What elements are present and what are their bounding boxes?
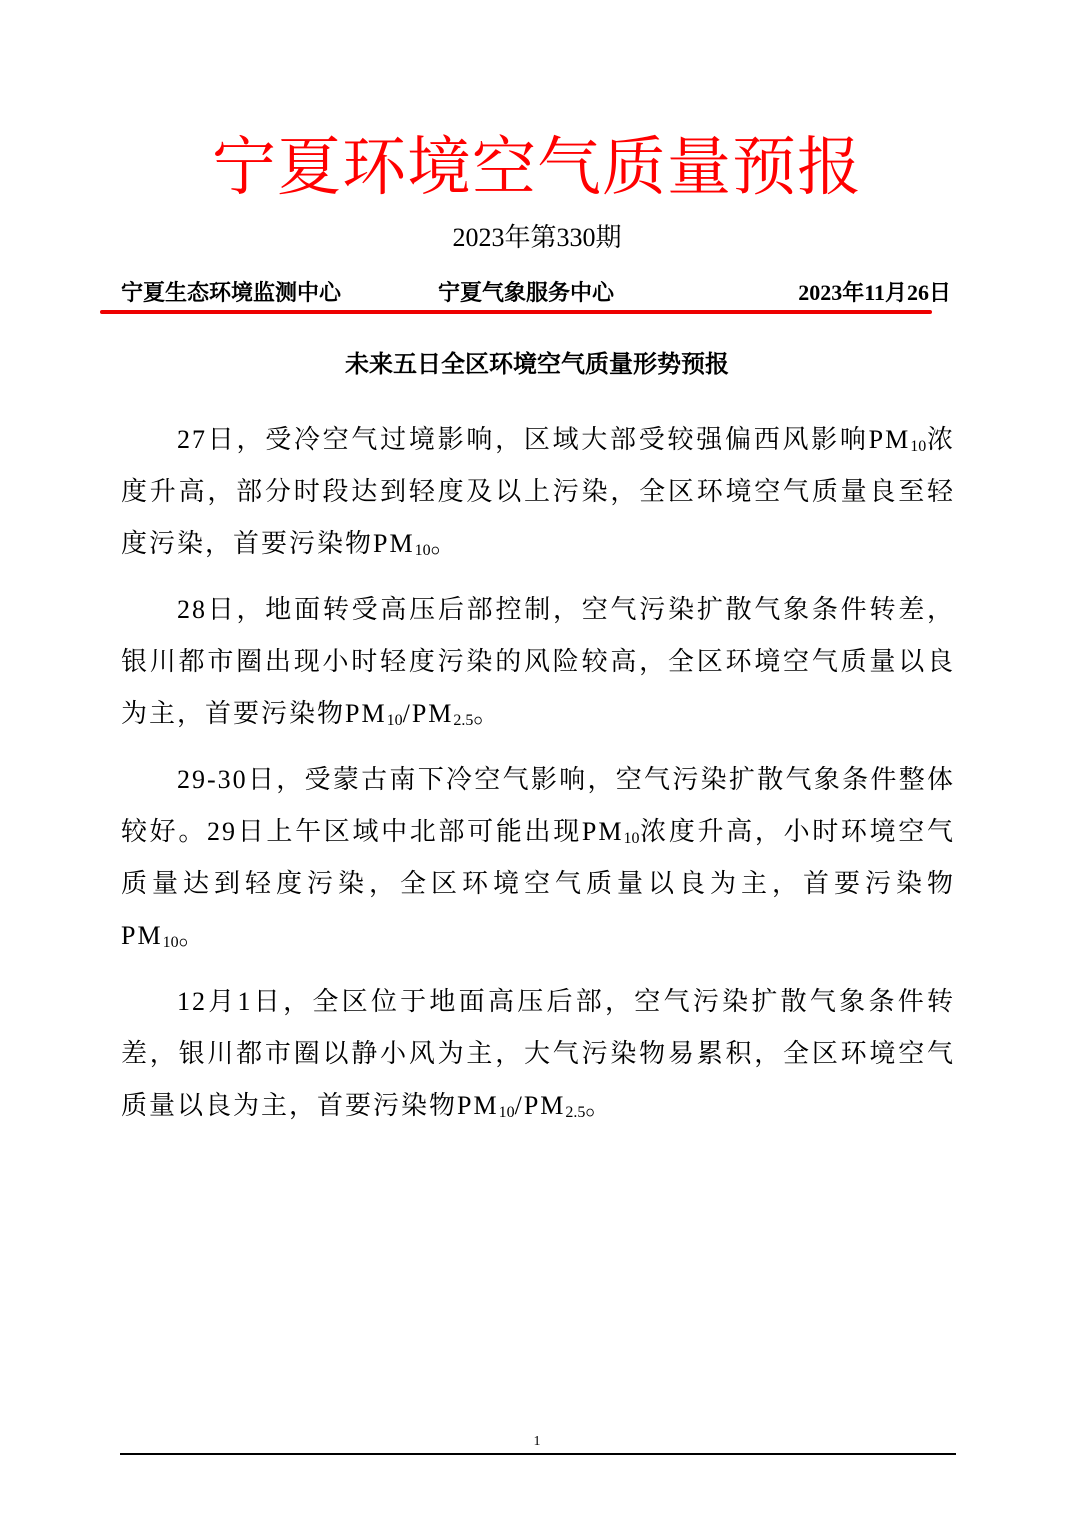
subscript: 10 (387, 712, 403, 729)
subscript: 10 (415, 542, 431, 559)
document-page: 宁夏环境空气质量预报 2023年第330期 宁夏生态环境监测中心 宁夏气象服务中… (0, 0, 1074, 1520)
subscript: 10 (163, 934, 179, 951)
publisher-info-row: 宁夏生态环境监测中心 宁夏气象服务中心 2023年11月26日 (121, 276, 951, 310)
masthead-title: 宁夏环境空气质量预报 (0, 128, 1074, 208)
forecast-paragraph: 29-30日，受蒙古南下冷空气影响，空气污染扩散气象条件整体较好。29日上午区域… (121, 754, 955, 962)
page-number: 1 (0, 1434, 1074, 1450)
subscript: 10 (910, 438, 926, 455)
publisher-meteorology-center: 宁夏气象服务中心 (438, 276, 614, 310)
subscript: 10 (499, 1104, 515, 1121)
red-header-rule (100, 310, 932, 314)
section-heading: 未来五日全区环境空气质量形势预报 (0, 345, 1074, 385)
forecast-paragraph: 27日，受冷空气过境影响，区域大部受较强偏西风影响PM10浓度升高，部分时段达到… (121, 414, 955, 570)
forecast-paragraph: 28日，地面转受高压后部控制，空气污染扩散气象条件转差，银川都市圈出现小时轻度污… (121, 584, 955, 740)
forecast-paragraph: 12月1日，全区位于地面高压后部，空气污染扩散气象条件转差，银川都市圈以静小风为… (121, 976, 955, 1132)
issue-number: 2023年第330期 (0, 220, 1074, 256)
publisher-ecology-center: 宁夏生态环境监测中心 (121, 276, 341, 310)
subscript: 2.5 (565, 1104, 585, 1121)
subscript: 10 (623, 830, 639, 847)
subscript: 2.5 (453, 712, 473, 729)
issue-date: 2023年11月26日 (798, 276, 951, 310)
footer-rule (120, 1453, 956, 1455)
forecast-body: 27日，受冷空气过境影响，区域大部受较强偏西风影响PM10浓度升高，部分时段达到… (121, 414, 955, 1146)
